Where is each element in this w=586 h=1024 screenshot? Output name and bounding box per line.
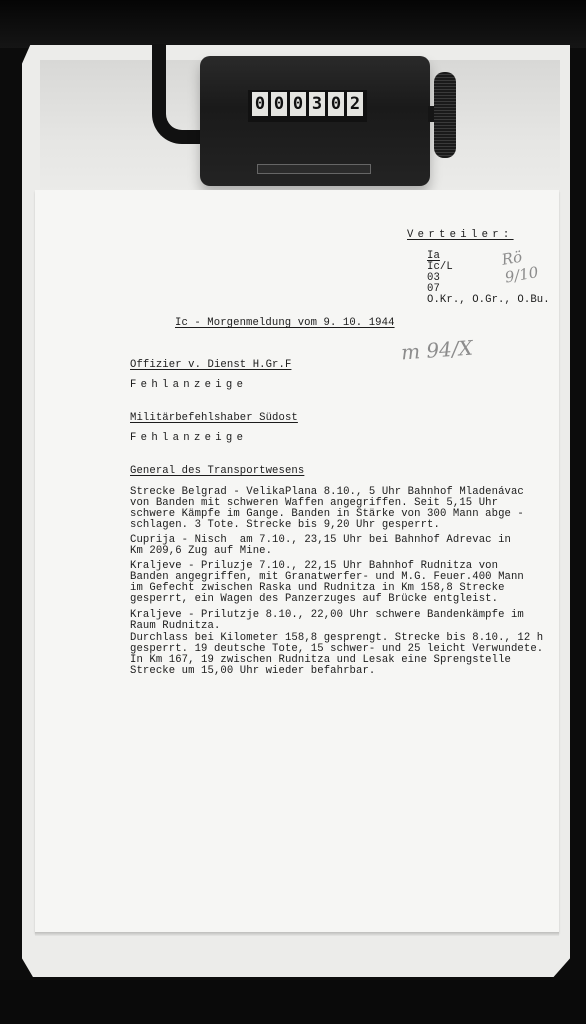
report-line: gesperrt, ein Wagen des Panzerzuges auf … <box>130 594 498 605</box>
counter-digit: 0 <box>252 92 268 116</box>
counter-display: 0 0 0 3 0 2 <box>248 90 367 122</box>
film-border-bottom <box>0 980 586 1024</box>
section-heading: Militärbefehlshaber Südost <box>130 413 298 424</box>
frame-counter-device: 0 0 0 3 0 2 <box>200 56 430 186</box>
section-body: Fehlanzeige <box>130 380 247 391</box>
distribution-recipient: O.Kr., O.Gr., O.Bu. <box>427 295 550 306</box>
distribution-heading: Verteiler: <box>407 230 514 241</box>
document-page: Verteiler: Ia Ic/L 03 07 O.Kr., O.Gr., O… <box>35 190 559 932</box>
section-heading: General des Transportwesens <box>130 466 304 477</box>
document-title: Ic - Morgenmeldung vom 9. 10. 1944 <box>175 318 395 329</box>
counter-cable <box>152 44 206 144</box>
section-body: Fehlanzeige <box>130 433 247 444</box>
report-line: Km 209,6 Zug auf Mine. <box>130 546 272 557</box>
counter-knob <box>434 72 456 158</box>
handwritten-reference: m 94/X <box>400 336 473 365</box>
report-line: Strecke um 15,00 Uhr wieder befahrbar. <box>130 666 375 677</box>
report-line: schlagen. 3 Tote. Strecke bis 9,20 Uhr g… <box>130 520 440 531</box>
film-border-top <box>0 0 586 48</box>
counter-digit: 0 <box>271 92 287 116</box>
counter-digit: 2 <box>347 92 363 116</box>
counter-digit: 0 <box>290 92 306 116</box>
handwritten-initials: Rö 9/10 <box>500 241 561 286</box>
section-heading: Offizier v. Dienst H.Gr.F <box>130 360 291 371</box>
report-line: Raum Rudnitza. <box>130 621 220 632</box>
counter-slot <box>257 164 371 174</box>
counter-digit: 3 <box>309 92 325 116</box>
counter-digit: 0 <box>328 92 344 116</box>
